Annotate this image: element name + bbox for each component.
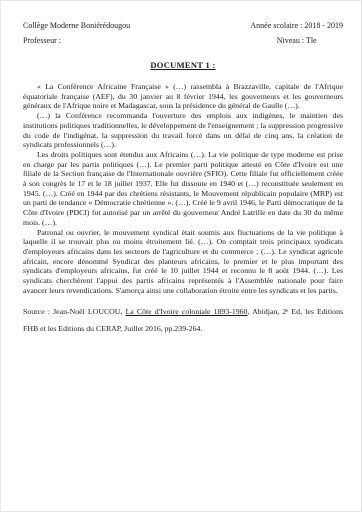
body-paragraph-3: Les droits politiques sont étendus aux A… [23,150,343,228]
professor-label: Professeur : [23,33,130,48]
school-year: Année scolaire : 2018 - 2019 [250,18,343,33]
document-body: « La Conférence Africaine Française » (…… [23,82,343,295]
body-paragraph-2: (…) la Conférence recommanda l'ouverture… [23,111,343,150]
body-paragraph-4: Patronal ou ouvrier, le mouvement syndic… [23,228,343,296]
source-prefix: Source : Jean-Noël LOUCOU, [23,307,126,316]
source-book-title: La Côte d'Ivoire coloniale 1893-1960 [126,307,248,316]
school-name: Collège Moderne Boniérédougou [23,18,130,33]
document-title-wrap: DOCUMENT 1 : [23,55,343,73]
document-page: Collège Moderne Boniérédougou Professeur… [0,0,362,512]
level-label: Niveau : Tle [250,33,343,48]
source-citation: Source : Jean-Noël LOUCOU, La Côte d'Ivo… [23,304,343,337]
header-left-column: Collège Moderne Boniérédougou Professeur… [23,18,130,48]
body-paragraph-1: « La Conférence Africaine Française » (…… [23,82,343,111]
page-header: Collège Moderne Boniérédougou Professeur… [23,18,343,48]
header-right-column: Année scolaire : 2018 - 2019 Niveau : Tl… [250,18,343,48]
document-title: DOCUMENT 1 : [150,60,215,70]
